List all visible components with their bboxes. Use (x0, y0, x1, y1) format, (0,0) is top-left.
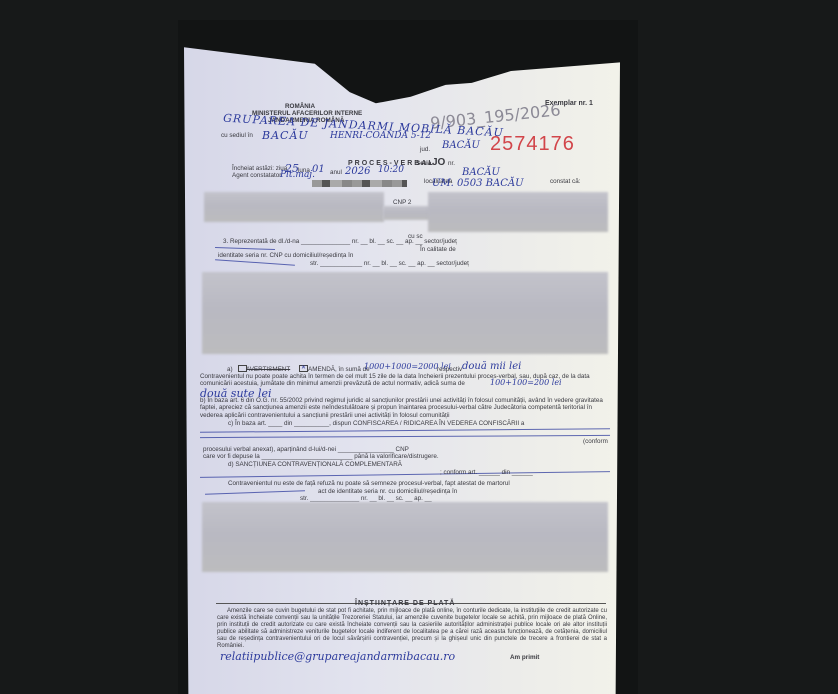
fine-label: AMENDĂ, în sumă de (308, 366, 370, 373)
unit-code: UM. 0503 BACĂU (432, 178, 524, 189)
seat-label: cu sediul în (221, 132, 253, 139)
fine-checkbox[interactable]: ✕ (299, 365, 308, 372)
found-label: constat că: (550, 178, 580, 185)
sanction-c-line2: procesului verbal anexat), aparținând d-… (203, 446, 409, 453)
sanction-b-paragraph: b) În baza art. 6 din O.G. nr. 55/2002 p… (200, 397, 614, 419)
sanction-a-prefix: a) (227, 366, 233, 373)
witness-line: Contravenientul nu este de față refuză n… (228, 480, 510, 487)
received-label: Am primit (510, 654, 539, 661)
series-number: 2574176 (490, 133, 575, 156)
series-label: Seria (416, 160, 431, 167)
series-code: JO (432, 157, 445, 168)
agent-label: Agent constatator (232, 172, 281, 179)
sanction-d-line2: ; conform art. ______ din ______ (440, 469, 533, 476)
payment-notice-title: ÎNȘTIINȚARE DE PLATĂ (355, 600, 455, 607)
year-value: 2026 (345, 166, 370, 177)
fine-words: două mii lei (462, 361, 521, 372)
redacted-block (428, 192, 608, 232)
sanction-c-line3: care vor fi depuse la __________________… (203, 453, 439, 460)
section3-line2: identitate seria nr. CNP cu domiciliul/r… (218, 252, 353, 259)
time-value: 10:20 (378, 165, 404, 175)
nr-label: nr. (448, 160, 455, 167)
year-label: anul (330, 169, 342, 176)
locality-value: BACĂU (462, 167, 500, 178)
header-country: ROMÂNIA (285, 103, 315, 110)
sanction-d-line: d) SANCȚIUNEA CONTRAVENȚIONALĂ COMPLEMEN… (228, 461, 402, 468)
warning-label: AVERTISMENT (246, 366, 290, 373)
section3-line1: 3. Reprezentată de dl./d-na ____________… (223, 238, 457, 245)
cnp-partial: CNP 2 (393, 199, 411, 206)
witness-line3: str. ______________ nr. __ bl. __ sc. __… (300, 495, 432, 502)
agent-rank: Plt.maj. (280, 170, 315, 180)
sanction-c-line: c) În baza art. ____ din __________, dis… (228, 420, 524, 427)
payment-notice-body: Amenzile care se cuvin bugetului de stat… (217, 608, 607, 650)
conform-label: (conform (583, 438, 608, 445)
contact-email: relatiipublice@grupareajandarmibacau.ro (220, 650, 455, 663)
in-quality-label: În calitate de (420, 246, 456, 253)
county: BACĂU (442, 140, 480, 151)
witness-line2: act de identitate seria nr. cu domiciliu… (318, 488, 457, 495)
seat-city: BACĂU (262, 129, 309, 142)
respectiv-label: respectiv (437, 366, 462, 373)
redacted-agent-name (312, 180, 407, 187)
redacted-block (202, 502, 608, 572)
half-fine-amount: 100+100=200 lei (490, 378, 562, 387)
street: HENRI-COANDĂ 5-12 (330, 131, 431, 141)
section3-line3: str. ____________ nr. __ bl. __ sc. __ a… (310, 260, 469, 267)
county-label: jud. (420, 146, 430, 153)
redacted-block (204, 192, 384, 222)
redacted-block (202, 272, 608, 354)
